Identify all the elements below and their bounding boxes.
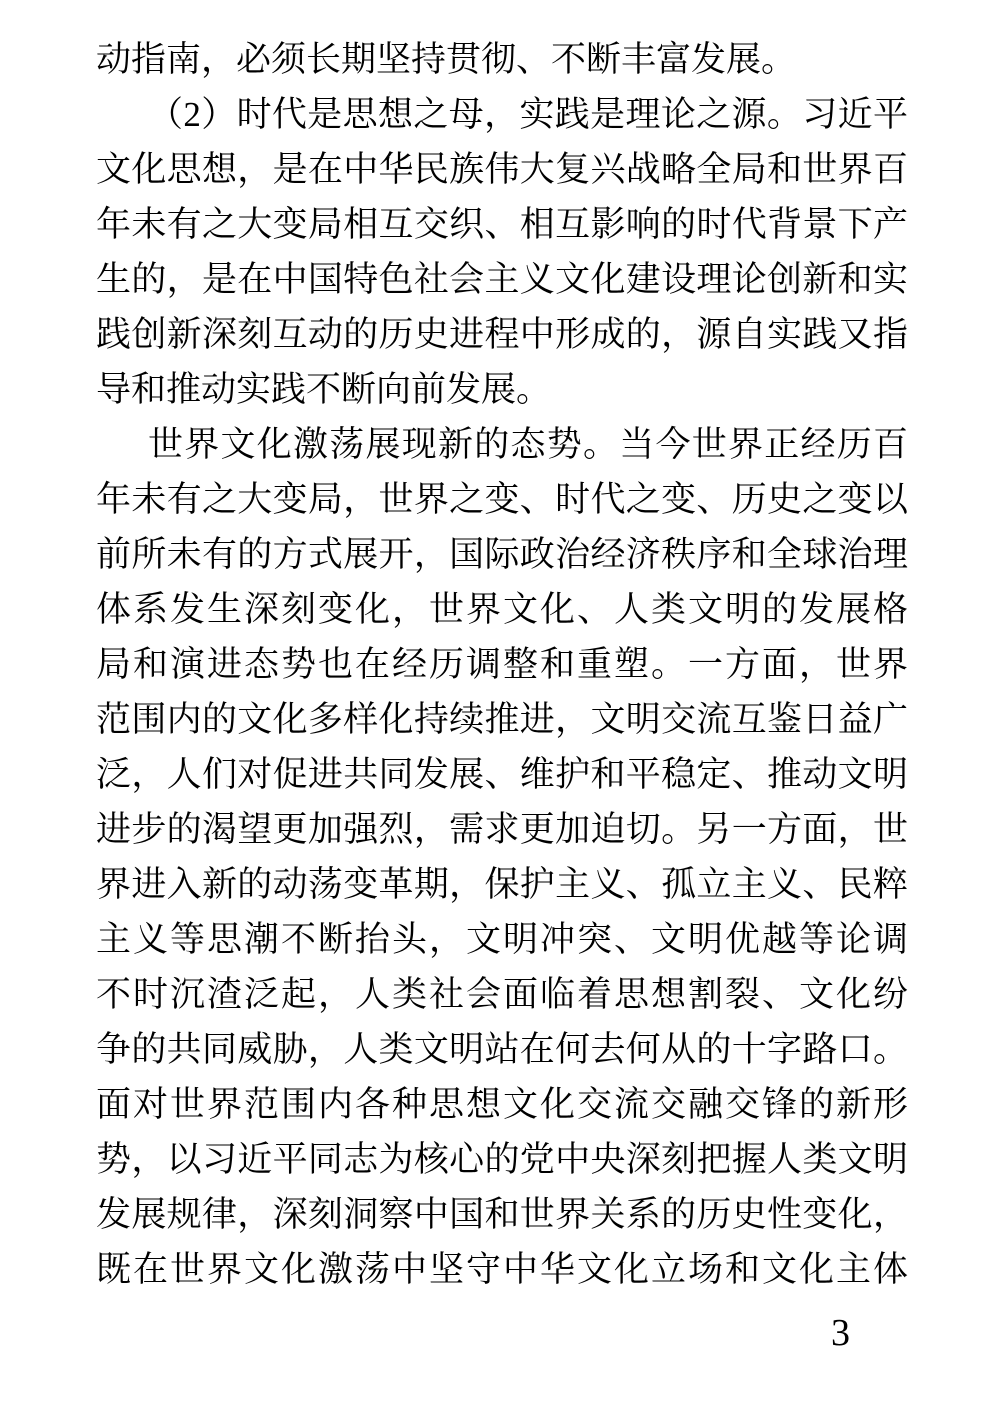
text-line: 践创新深刻互动的历史进程中形成的，源自实践又指: [96, 307, 908, 362]
page-number: 3: [831, 1306, 850, 1361]
text-line: 文化思想，是在中华民族伟大复兴战略全局和世界百: [96, 142, 908, 197]
text-line: 既在世界文化激荡中坚守中华文化立场和文化主体: [96, 1242, 908, 1297]
text-line: （2）时代是思想之母，实践是理论之源。习近平: [96, 87, 908, 142]
text-line: 体系发生深刻变化，世界文化、人类文明的发展格: [96, 582, 908, 637]
text-line: 面对世界范围内各种思想文化交流交融交锋的新形: [96, 1077, 908, 1132]
text-line: 主义等思潮不断抬头，文明冲突、文明优越等论调: [96, 912, 908, 967]
document-page: 动指南，必须长期坚持贯彻、不断丰富发展。 （2）时代是思想之母，实践是理论之源。…: [0, 0, 1000, 1404]
text-line: 势，以习近平同志为核心的党中央深刻把握人类文明: [96, 1132, 908, 1187]
text-line: 年未有之大变局相互交织、相互影响的时代背景下产: [96, 197, 908, 252]
text-line: 发展规律，深刻洞察中国和世界关系的历史性变化，: [96, 1187, 908, 1242]
text-line: 导和推动实践不断向前发展。: [96, 362, 908, 417]
text-line: 进步的渴望更加强烈，需求更加迫切。另一方面，世: [96, 802, 908, 857]
document-text-block: 动指南，必须长期坚持贯彻、不断丰富发展。 （2）时代是思想之母，实践是理论之源。…: [96, 32, 908, 1297]
paragraph: （2）时代是思想之母，实践是理论之源。习近平 文化思想，是在中华民族伟大复兴战略…: [96, 87, 908, 417]
paragraph: 世界文化激荡展现新的态势。当今世界正经历百 年未有之大变局，世界之变、时代之变、…: [96, 417, 908, 1297]
text-line: 前所未有的方式展开，国际政治经济秩序和全球治理: [96, 527, 908, 582]
text-line: 范围内的文化多样化持续推进，文明交流互鉴日益广: [96, 692, 908, 747]
text-line: 界进入新的动荡变革期，保护主义、孤立主义、民粹: [96, 857, 908, 912]
text-line: 世界文化激荡展现新的态势。当今世界正经历百: [96, 417, 908, 472]
paragraph: 动指南，必须长期坚持贯彻、不断丰富发展。: [96, 32, 908, 87]
text-line: 局和演进态势也在经历调整和重塑。一方面，世界: [96, 637, 908, 692]
text-line: 动指南，必须长期坚持贯彻、不断丰富发展。: [96, 32, 908, 87]
text-line: 生的，是在中国特色社会主义文化建设理论创新和实: [96, 252, 908, 307]
text-line: 不时沉渣泛起，人类社会面临着思想割裂、文化纷: [96, 967, 908, 1022]
text-line: 争的共同威胁，人类文明站在何去何从的十字路口。: [96, 1022, 908, 1077]
text-line: 年未有之大变局，世界之变、时代之变、历史之变以: [96, 472, 908, 527]
text-line: 泛，人们对促进共同发展、维护和平稳定、推动文明: [96, 747, 908, 802]
